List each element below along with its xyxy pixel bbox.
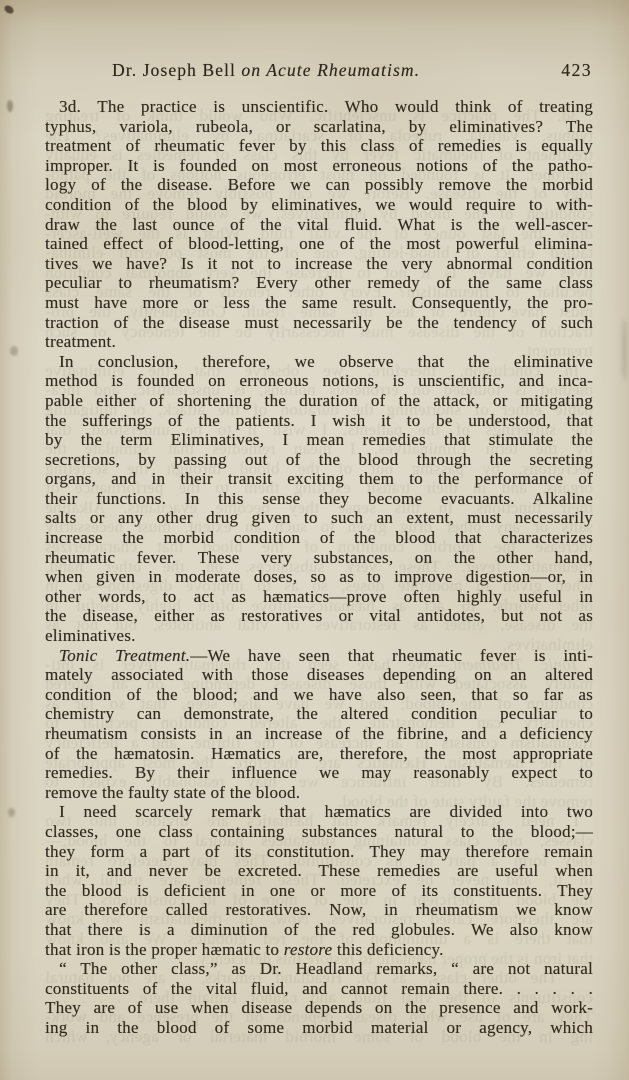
text-line: of the hæmatosin. Hæmatics are, therefor…	[45, 744, 593, 764]
scan-speck	[622, 320, 627, 380]
text-line: condition of the blood; and we have also…	[45, 685, 593, 705]
scan-speck	[7, 100, 13, 112]
text-line: ing in the blood of some morbid material…	[45, 1018, 593, 1038]
text-line: I need scarcely remark that hæmatics are…	[45, 802, 593, 822]
text-line: organs, and in their transit exciting th…	[45, 469, 593, 489]
text-line: that iron is the proper hæmatic to resto…	[45, 940, 593, 960]
paragraph: Tonic Treatment.—We have seen that rheum…	[45, 646, 593, 803]
text-line: pable either of shortening the duration …	[45, 391, 593, 411]
text-line: must have more or less the same result. …	[45, 293, 593, 313]
text-line: rheumatism consists in an increase of th…	[45, 724, 593, 744]
text-line: the blood is deficient in one or more of…	[45, 881, 593, 901]
text-line: secretions, by passing out of the blood …	[45, 450, 593, 470]
text-line: rheumatic fever. These very substances, …	[45, 548, 593, 568]
text-line: their functions. In this sense they beco…	[45, 489, 593, 509]
text-line: peculiar to rheumatism? Every other reme…	[45, 273, 593, 293]
scan-speck	[8, 808, 15, 817]
page-header-title: Dr. Joseph Bell on Acute Rheumatism.	[112, 60, 420, 81]
text-line: are therefore called restoratives. Now, …	[45, 900, 593, 920]
text-line: treatment of rheumatic fever by this cla…	[45, 136, 593, 156]
page-text-column: 3d. The practice is unscientific. Who wo…	[45, 97, 593, 1038]
text-line: by the term Eliminatives, I mean remedie…	[45, 430, 593, 450]
text-line: condition of the blood by eliminatives, …	[45, 195, 593, 215]
text-line: traction of the disease must necessarily…	[45, 313, 593, 333]
text-line: logy of the disease. Before we can possi…	[45, 175, 593, 195]
text-line: draw the last ounce of the vital fluid. …	[45, 215, 593, 235]
header-title-italic: on Acute Rheumatism.	[241, 60, 420, 80]
text-line: typhus, variola, rubeola, or scarlatina,…	[45, 117, 593, 137]
text-line: tained effect of blood-letting, one of t…	[45, 234, 593, 254]
text-line: In conclusion, therefore, we observe tha…	[45, 352, 593, 372]
scan-speck	[3, 4, 15, 15]
text-line: chemistry can demonstrate, the altered c…	[45, 704, 593, 724]
text-line: increase the morbid condition of the blo…	[45, 528, 593, 548]
text-line: the sufferings of the patients. I wish i…	[45, 411, 593, 431]
paragraph: In conclusion, therefore, we observe tha…	[45, 352, 593, 646]
paragraph: I need scarcely remark that hæmatics are…	[45, 802, 593, 959]
text-line: they form a part of its constitution. Th…	[45, 842, 593, 862]
page-number: 423	[561, 60, 592, 81]
paragraph: 3d. The practice is unscientific. Who wo…	[45, 97, 593, 352]
text-line: mately associated with those diseases de…	[45, 665, 593, 685]
text-line: Tonic Treatment.—We have seen that rheum…	[45, 646, 593, 666]
text-line: that there is a diminution of the red gl…	[45, 920, 593, 940]
header-author: Dr. Joseph Bell	[112, 60, 241, 80]
text-line: “ The other class,” as Dr. Headland rema…	[45, 959, 593, 979]
text-line: remove the faulty state of the blood.	[45, 783, 593, 803]
paragraph: “ The other class,” as Dr. Headland rema…	[45, 959, 593, 1037]
text-line: tives we have? Is it not to increase the…	[45, 254, 593, 274]
text-line: remedies. By their influence we may reas…	[45, 763, 593, 783]
text-line: in it, and never be excreted. These reme…	[45, 861, 593, 881]
text-line: other words, to act as hæmatics—prove of…	[45, 587, 593, 607]
text-line: They are of use when disease depends on …	[45, 998, 593, 1018]
text-line: improper. It is founded on most erroneou…	[45, 156, 593, 176]
text-line: constituents of the vital fluid, and can…	[45, 979, 593, 999]
text-line: method is founded on erroneous notions, …	[45, 371, 593, 391]
text-line: classes, one class containing substances…	[45, 822, 593, 842]
text-line: the disease, either as restoratives or v…	[45, 606, 593, 626]
running-header: Dr. Joseph Bell on Acute Rheumatism. 423	[0, 60, 629, 84]
text-line: eliminatives.	[45, 626, 593, 646]
text-line: treatment.	[45, 332, 593, 352]
text-line: salts or any other drug given to such an…	[45, 508, 593, 528]
scan-speck	[10, 346, 18, 356]
text-line: when given in moderate doses, so as to i…	[45, 567, 593, 587]
scanned-book-page: 3d. The practice is unscientific. Who wo…	[0, 0, 629, 1080]
text-line: 3d. The practice is unscientific. Who wo…	[45, 97, 593, 117]
